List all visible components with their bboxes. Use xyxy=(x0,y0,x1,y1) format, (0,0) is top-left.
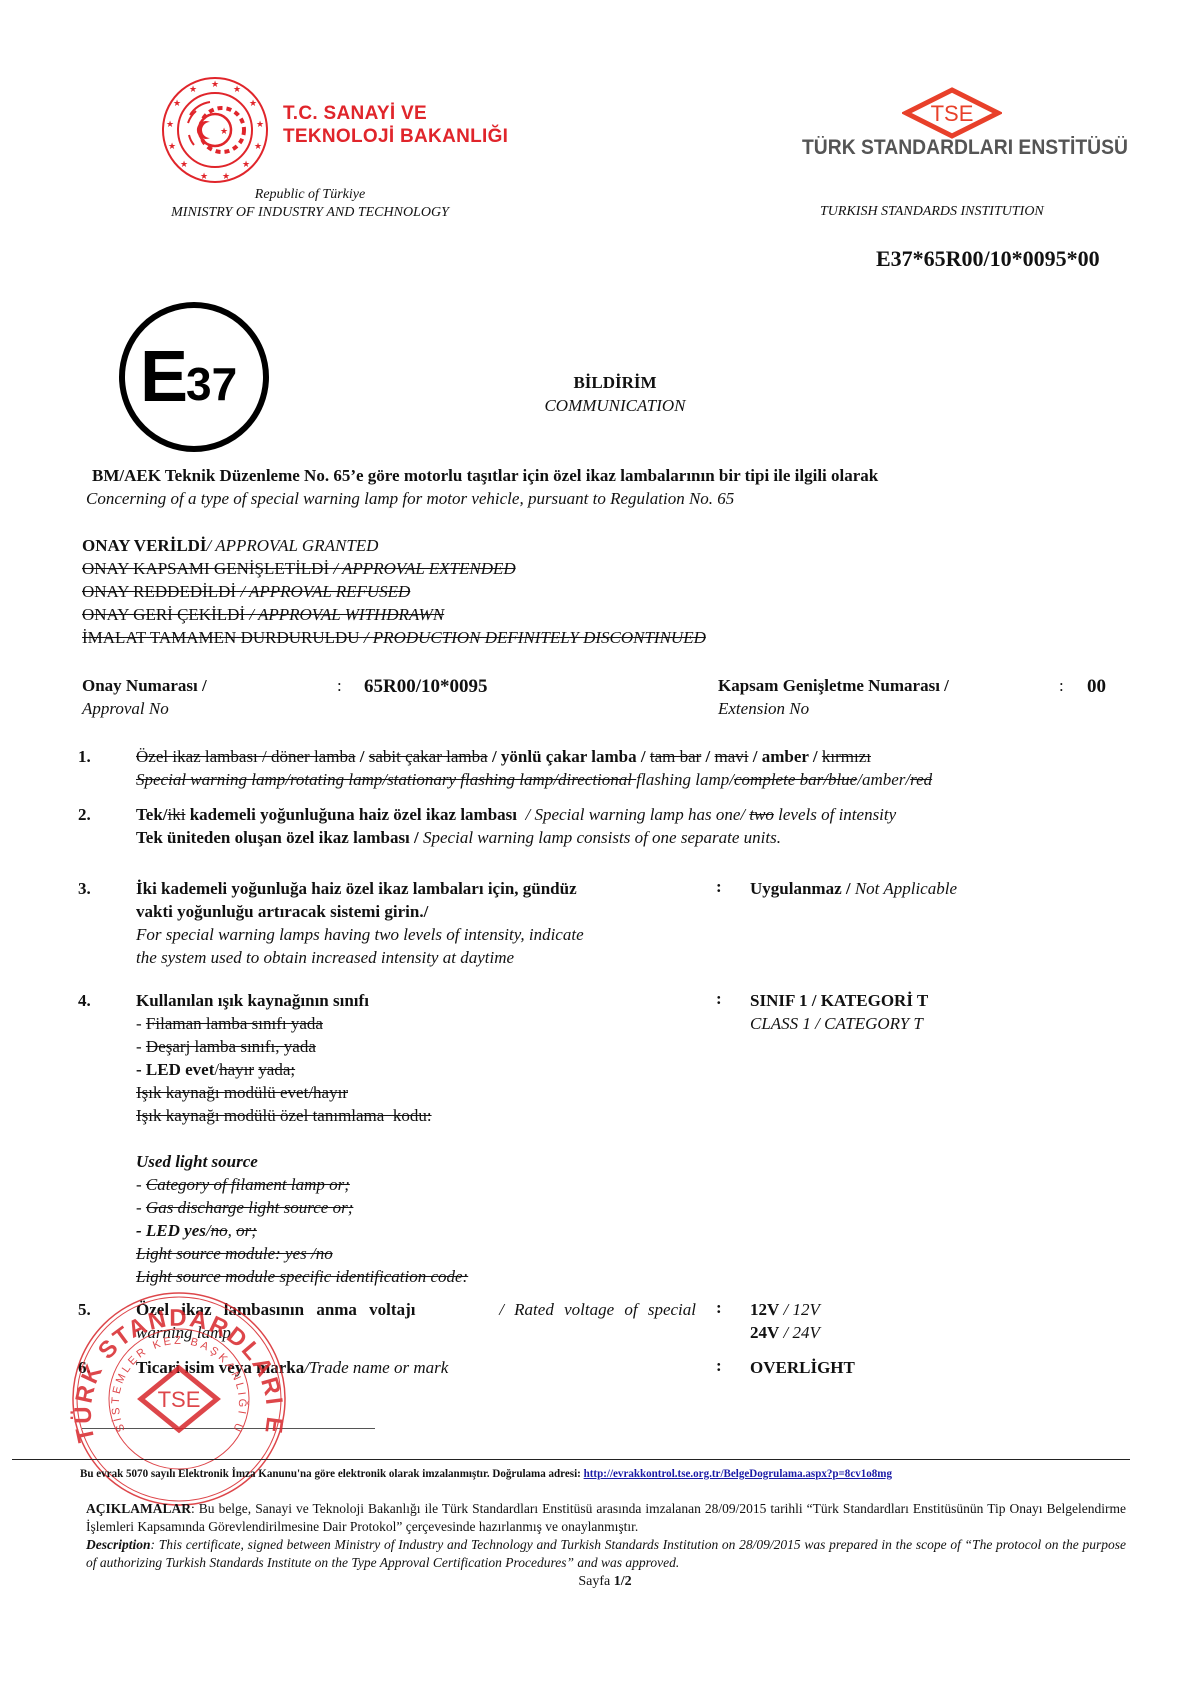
item-3-value: Uygulanmaz / Not Applicable xyxy=(750,877,957,900)
status-approval-granted: ONAY VERİLDİ/ APPROVAL GRANTED xyxy=(82,534,378,557)
struck-option: Deşarj lamba sınıfı, yada xyxy=(146,1037,316,1056)
status-approval-withdrawn: ONAY GERİ ÇEKİLDİ / APPROVAL WITHDRAWN xyxy=(82,603,444,626)
footer-divider xyxy=(12,1459,1130,1460)
status-en: / APPROVAL REFUSED xyxy=(236,582,410,601)
struck-option: Light source module specific identificat… xyxy=(136,1267,468,1286)
item-4-value: SINIF 1 / KATEGORİ T CLASS 1 / CATEGORY … xyxy=(750,989,928,1035)
description-en: Description: This certificate, signed be… xyxy=(86,1536,1126,1572)
text-fragment: - xyxy=(136,1037,146,1056)
struck-option: iki xyxy=(168,805,186,824)
svg-text:TSE: TSE xyxy=(931,101,974,126)
svg-text:★: ★ xyxy=(180,160,188,170)
item-4-options-en: - Category of filament lamp or;- Gas dis… xyxy=(136,1173,696,1288)
svg-text:★: ★ xyxy=(256,120,264,130)
light-source-option: - Filaman lamba sınıfı yada xyxy=(136,1012,696,1035)
e-mark-icon: E 37 xyxy=(118,301,270,453)
status-en: / PRODUCTION DEFINITELY DISCONTINUED xyxy=(360,628,706,647)
text-fragment: flashing lamp/ xyxy=(636,770,734,789)
text-fragment: / xyxy=(356,747,369,766)
item-4-colon: : xyxy=(716,989,722,1009)
voltage-value: 24V xyxy=(750,1323,779,1342)
ministry-subtitle: Republic of Türkiye MINISTRY OF INDUSTRY… xyxy=(140,186,480,222)
struck-option: kırmızı xyxy=(822,747,871,766)
item-5-colon: : xyxy=(716,1298,722,1318)
document-title: BİLDİRİM xyxy=(480,373,750,393)
ministry-sub-line2: MINISTRY OF INDUSTRY AND TECHNOLOGY xyxy=(140,204,480,222)
item-3-value-tr: Uygulanmaz / xyxy=(750,879,851,898)
item-3-en-line1: For special warning lamps having two lev… xyxy=(136,923,696,946)
document-title-en: COMMUNICATION xyxy=(480,396,750,416)
struck-option: Özel ikaz lambası / döner lamba xyxy=(136,747,356,766)
light-source-option: - LED yes/no, or; xyxy=(136,1219,696,1242)
svg-text:★: ★ xyxy=(168,142,176,152)
tse-subtitle: TURKISH STANDARDS INSTITUTION xyxy=(820,204,1044,220)
light-source-option: - Deşarj lamba sınıfı, yada xyxy=(136,1035,696,1058)
item-2-intensity-levels: Tek/iki kademeli yoğunluğuna haiz özel i… xyxy=(136,803,896,826)
item-1-number: 1. xyxy=(78,745,91,768)
struck-option: Işık kaynağı modülü evet/hayır xyxy=(136,1083,348,1102)
struck-option: Special warning lamp/rotating lamp/stati… xyxy=(136,770,636,789)
item-6-colon: : xyxy=(716,1356,722,1376)
status-tr: İMALAT TAMAMEN DURDURULDU xyxy=(82,628,360,647)
light-source-option: - Category of filament lamp or; xyxy=(136,1173,696,1196)
e-signature-notice: Bu evrak 5070 sayılı Elektronik İmza Kan… xyxy=(80,1466,1046,1481)
text-fragment: - xyxy=(136,1175,146,1194)
item-4-light-source: Kullanılan ışık kaynağının sınıfı - Fila… xyxy=(136,989,696,1288)
svg-text:★: ★ xyxy=(249,99,257,109)
approval-colon: : xyxy=(337,676,342,696)
struck-option: Işık kaynağı modülü özel tanımlama kodu: xyxy=(136,1106,432,1125)
text-fragment: levels of intensity xyxy=(774,805,896,824)
description-tr-label: AÇIKLAMALAR xyxy=(86,1501,191,1516)
status-tr: ONAY REDDEDİLDİ xyxy=(82,582,236,601)
struck-option: Category of filament lamp or; xyxy=(146,1175,350,1194)
item-4-value-en: CLASS 1 / CATEGORY T xyxy=(750,1012,928,1035)
svg-text:37: 37 xyxy=(186,358,237,410)
approval-number: 65R00/10*0095 xyxy=(364,676,488,698)
page-label: Sayfa xyxy=(578,1574,613,1589)
light-source-option: Light source module: yes /no xyxy=(136,1242,696,1265)
item-4-number: 4. xyxy=(78,989,91,1012)
regulation-text-en: Concerning of a type of special warning … xyxy=(86,489,734,509)
item-4-options-tr: - Filaman lamba sınıfı yada- Deşarj lamb… xyxy=(136,1012,696,1127)
voltage-value-en: / 12V xyxy=(779,1300,820,1319)
struck-option: Gas discharge light source or; xyxy=(146,1198,353,1217)
item-4-title-en: Used light source xyxy=(136,1150,696,1173)
ministry-name: T.C. SANAYİ VE TEKNOLOJİ BAKANLIĞI xyxy=(283,102,508,148)
item-2-number: 2. xyxy=(78,803,91,826)
text-fragment: - LED yes xyxy=(136,1221,206,1240)
text-fragment: / yönlü çakar lamba / xyxy=(488,747,650,766)
struck-option: yada; xyxy=(258,1060,295,1079)
struck-option: no xyxy=(211,1221,228,1240)
struck-option: mavi xyxy=(715,747,749,766)
ministry-name-line1: T.C. SANAYİ VE xyxy=(283,102,508,125)
description-en-label: Description xyxy=(86,1537,151,1552)
certificate-number: E37*65R00/10*0095*00 xyxy=(876,246,1100,272)
text-fragment: , xyxy=(228,1221,237,1240)
item-1-lamp-type: Özel ikaz lambası / döner lamba / sabit … xyxy=(136,745,871,768)
item-3-value-en: Not Applicable xyxy=(851,879,957,898)
svg-text:★: ★ xyxy=(233,85,241,95)
voltage-24v: 24V / 24V xyxy=(750,1321,820,1344)
svg-text:TSE: TSE xyxy=(158,1387,201,1412)
item-6-en: /Trade name or mark xyxy=(304,1358,448,1377)
item-3-daytime-system: İki kademeli yoğunluğa haiz özel ikaz la… xyxy=(136,877,696,969)
svg-text:★: ★ xyxy=(222,172,230,182)
struck-option: Filaman lamba sınıfı yada xyxy=(146,1014,323,1033)
struck-option: hayır xyxy=(219,1060,254,1079)
tse-logo-icon: TSE xyxy=(902,87,1002,139)
light-source-option: Işık kaynağı modülü evet/hayır xyxy=(136,1081,696,1104)
struck-option: or; xyxy=(236,1221,257,1240)
approval-no-label-en: Approval No xyxy=(82,699,169,719)
svg-text:★: ★ xyxy=(173,99,181,109)
item-3-tr-line2: vakti yoğunluğu artıracak sistemi girin.… xyxy=(136,900,696,923)
voltage-value-en: / 24V xyxy=(779,1323,820,1342)
status-approval-extended: ONAY KAPSAMI GENİŞLETİLDİ / APPROVAL EXT… xyxy=(82,557,516,580)
item-3-number: 3. xyxy=(78,877,91,900)
status-production-discontinued: İMALAT TAMAMEN DURDURULDU / PRODUCTION D… xyxy=(82,626,706,649)
description-tr-text: : Bu belge, Sanayi ve Teknoloji Bakanlığ… xyxy=(86,1501,1126,1534)
light-source-option: Light source module specific identificat… xyxy=(136,1265,696,1288)
text-fragment: Tek/ xyxy=(136,805,168,824)
item-2-units-en: Special warning lamp consists of one sep… xyxy=(423,828,781,847)
struck-option: sabit çakar lamba xyxy=(369,747,488,766)
extension-no-label: Kapsam Genişletme Numarası / xyxy=(718,676,949,696)
approval-no-label: Onay Numarası / xyxy=(82,676,207,696)
item-4-value-tr: SINIF 1 / KATEGORİ T xyxy=(750,989,928,1012)
text-fragment: - LED evet xyxy=(136,1060,214,1079)
description-tr: AÇIKLAMALAR: Bu belge, Sanayi ve Teknolo… xyxy=(86,1500,1126,1536)
extension-no-label-en: Extension No xyxy=(718,699,809,719)
description-block: AÇIKLAMALAR: Bu belge, Sanayi ve Teknolo… xyxy=(86,1500,1126,1572)
status-en: / APPROVAL GRANTED xyxy=(207,536,379,555)
item-5-values: 12V / 12V 24V / 24V xyxy=(750,1298,820,1344)
struck-option: Light source module: yes /no xyxy=(136,1244,333,1263)
svg-text:★: ★ xyxy=(189,85,197,95)
description-en-text: : This certificate, signed between Minis… xyxy=(86,1537,1126,1570)
item-5-en-line1: / Rated voltage of special xyxy=(499,1298,696,1321)
item-2-units: Tek üniteden oluşan özel ikaz lambası / … xyxy=(136,826,781,849)
svg-text:E: E xyxy=(140,337,188,417)
item-4-title-tr: Kullanılan ışık kaynağının sınıfı xyxy=(136,989,696,1012)
status-en: / APPROVAL WITHDRAWN xyxy=(245,605,444,624)
tse-name: TÜRK STANDARDLARI ENSTİTÜSÜ xyxy=(802,136,1128,160)
page-number: Sayfa 1/2 xyxy=(560,1574,650,1590)
item-1-lamp-type-en: Special warning lamp/rotating lamp/stati… xyxy=(136,768,932,791)
verification-link[interactable]: http://evrakkontrol.tse.org.tr/BelgeDogr… xyxy=(584,1466,892,1480)
text-fragment: / amber / xyxy=(749,747,822,766)
ministry-sub-line1: Republic of Türkiye xyxy=(140,186,480,204)
svg-text:★: ★ xyxy=(254,142,262,152)
item-3-en-line2: the system used to obtain increased inte… xyxy=(136,946,696,969)
extension-number: 00 xyxy=(1087,676,1106,698)
text-fragment: /amber/ xyxy=(857,770,910,789)
voltage-value: 12V xyxy=(750,1300,779,1319)
ministry-name-line2: TEKNOLOJİ BAKANLIĞI xyxy=(283,125,508,148)
struck-option: complete bar/blue xyxy=(734,770,857,789)
svg-text:★: ★ xyxy=(200,172,208,182)
text-fragment: - xyxy=(136,1198,146,1217)
regulation-text: BM/AEK Teknik Düzenleme No. 65’e göre mo… xyxy=(92,466,878,486)
extension-colon: : xyxy=(1059,676,1064,696)
svg-text:★: ★ xyxy=(220,127,228,137)
text-fragment: / xyxy=(701,747,714,766)
light-source-option: Işık kaynağı modülü özel tanımlama kodu: xyxy=(136,1104,696,1127)
light-source-option: - Gas discharge light source or; xyxy=(136,1196,696,1219)
text-fragment: / Special warning lamp has one/ xyxy=(521,805,749,824)
light-source-option: - LED evet/hayır yada; xyxy=(136,1058,696,1081)
item-6-value: OVERLİGHT xyxy=(750,1356,855,1379)
item-3-colon: : xyxy=(716,877,722,897)
page-value: 1/2 xyxy=(614,1574,632,1589)
svg-text:★: ★ xyxy=(211,80,219,90)
text-fragment: - xyxy=(136,1014,146,1033)
status-tr: ONAY VERİLDİ xyxy=(82,536,207,555)
status-tr: ONAY GERİ ÇEKİLDİ xyxy=(82,605,245,624)
status-en: / APPROVAL EXTENDED xyxy=(329,559,516,578)
item-3-tr-line1: İki kademeli yoğunluğa haiz özel ikaz la… xyxy=(136,877,696,900)
struck-option: red xyxy=(910,770,932,789)
status-tr: ONAY KAPSAMI GENİŞLETİLDİ xyxy=(82,559,329,578)
e-signature-text: Bu evrak 5070 sayılı Elektronik İmza Kan… xyxy=(80,1466,584,1480)
status-approval-refused: ONAY REDDEDİLDİ / APPROVAL REFUSED xyxy=(82,580,410,603)
struck-option: tam bar xyxy=(650,747,701,766)
svg-text:★: ★ xyxy=(166,120,174,130)
text-fragment: kademeli yoğunluğuna haiz özel ikaz lamb… xyxy=(185,805,521,824)
ministry-emblem-icon: ★★★ ★★★ ★★★ ★★★ ★ ★ xyxy=(160,75,270,185)
item-2-units-tr: Tek üniteden oluşan özel ikaz lambası / xyxy=(136,828,423,847)
voltage-12v: 12V / 12V xyxy=(750,1298,820,1321)
svg-text:★: ★ xyxy=(242,160,250,170)
struck-option: two xyxy=(749,805,774,824)
